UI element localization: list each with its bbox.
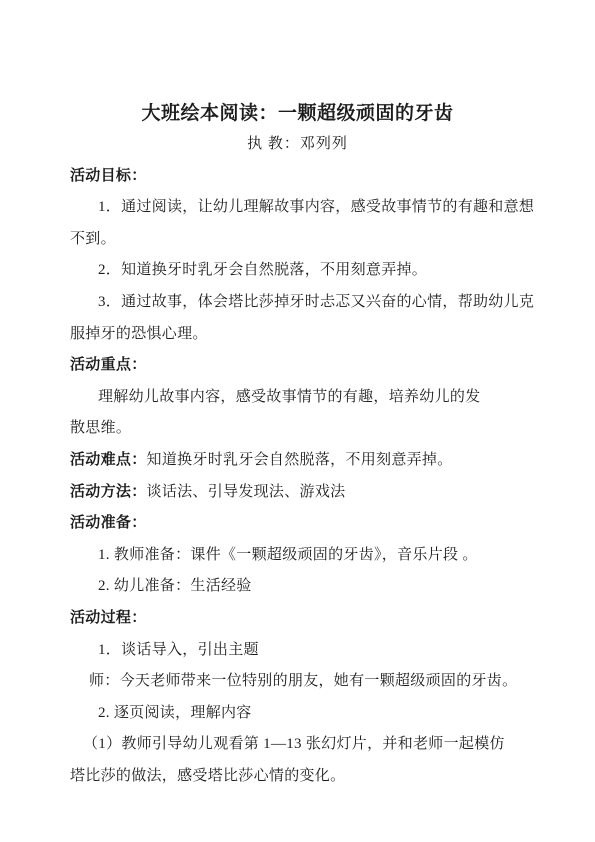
section-label-methods: 活动方法： [70, 484, 147, 500]
paragraph-line: 散思维。 [70, 413, 525, 445]
paragraph-line: 2. 幼儿准备：生活经验 [70, 571, 525, 603]
paragraph-line: 师：今天老师带来一位特别的朋友，她有一颗超级顽固的牙齿。 [70, 666, 525, 698]
section-heading-process: 活动过程： [70, 603, 525, 635]
paragraph-line: 3．通过故事，体会塔比莎掉牙时忐忑又兴奋的心情，帮助幼儿克 [70, 287, 525, 319]
paragraph-line: 服掉牙的恐惧心理。 [70, 319, 525, 351]
paragraph-line: 活动难点：知道换牙时乳牙会自然脱落，不用刻意弄掉。 [70, 445, 525, 477]
document-title: 大班绘本阅读：一颗超级顽固的牙齿 [70, 99, 525, 129]
author-line: 执 教：邓列列 [70, 129, 525, 161]
document-content: 大班绘本阅读：一颗超级顽固的牙齿 执 教：邓列列 活动目标： 1．通过阅读，让幼… [0, 0, 595, 792]
paragraph-text: 谈话法、引导发现法、游戏法 [147, 484, 346, 500]
section-heading-goals: 活动目标： [70, 161, 525, 193]
paragraph-line: 2．知道换牙时乳牙会自然脱落，不用刻意弄掉。 [70, 255, 525, 287]
paragraph-line: 1．谈话导入，引出主题 [70, 635, 525, 667]
section-label-difficulty: 活动难点： [70, 452, 147, 468]
paragraph-line: 1. 教师准备：课件《一颗超级顽固的牙齿》，音乐片段 。 [70, 540, 525, 572]
paragraph-line: 1．通过阅读，让幼儿理解故事内容，感受故事情节的有趣和意想 [70, 192, 525, 224]
paragraph-line: 不到。 [70, 224, 525, 256]
paragraph-line: 理解幼儿故事内容，感受故事情节的有趣，培养幼儿的发 [70, 382, 525, 414]
paragraph-text: 知道换牙时乳牙会自然脱落，不用刻意弄掉。 [147, 452, 453, 468]
paragraph-line: 2. 逐页阅读，理解内容 [70, 698, 525, 730]
section-heading-preparation: 活动准备： [70, 508, 525, 540]
paragraph-line: 活动方法：谈话法、引导发现法、游戏法 [70, 477, 525, 509]
section-heading-key-points: 活动重点： [70, 350, 525, 382]
document-page: 大班绘本阅读：一颗超级顽固的牙齿 执 教：邓列列 活动目标： 1．通过阅读，让幼… [0, 0, 595, 842]
paragraph-line: （1）教师引导幼儿观看第 1—13 张幻灯片，并和老师一起模仿 [70, 729, 525, 761]
paragraph-line: 塔比莎的做法，感受塔比莎心情的变化。 [70, 761, 525, 793]
